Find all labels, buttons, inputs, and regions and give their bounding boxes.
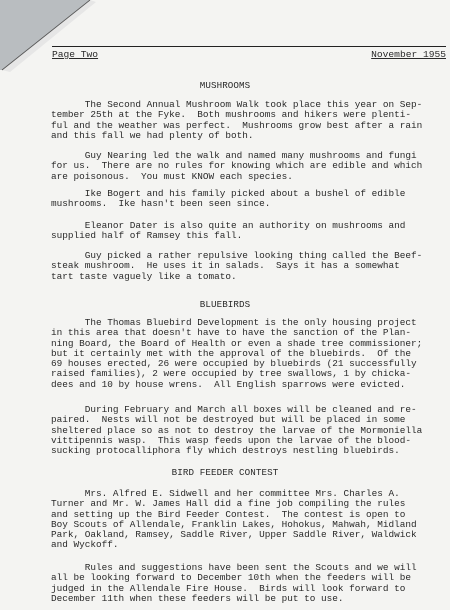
section-heading-bird-feeder-contest: BIRD FEEDER CONTEST (0, 467, 450, 478)
paragraph: Guy picked a rather repulsive looking th… (51, 251, 450, 282)
paragraph: Eleanor Dater is also quite an authority… (51, 221, 450, 242)
page-number: Page Two (52, 49, 98, 60)
page-header: Page Two November 1955 (52, 49, 446, 60)
paragraph: The Second Annual Mushroom Walk took pla… (51, 100, 450, 141)
paragraph: Guy Nearing led the walk and named many … (51, 151, 450, 182)
section-heading-mushrooms: MUSHROOMS (0, 80, 450, 91)
paragraph: Ike Bogert and his family picked about a… (51, 189, 450, 210)
header-rule (52, 46, 446, 47)
paragraph: Mrs. Alfred E. Sidwell and her committee… (51, 489, 450, 551)
section-heading-bluebirds: BLUEBIRDS (0, 299, 450, 310)
paragraph: Rules and suggestions have been sent the… (51, 563, 450, 604)
document-page: Page Two November 1955 MUSHROOMS The Sec… (0, 0, 450, 610)
issue-date: November 1955 (371, 49, 446, 60)
paragraph: During February and March all boxes will… (51, 405, 450, 456)
paragraph: The Thomas Bluebird Development is the o… (51, 318, 450, 390)
